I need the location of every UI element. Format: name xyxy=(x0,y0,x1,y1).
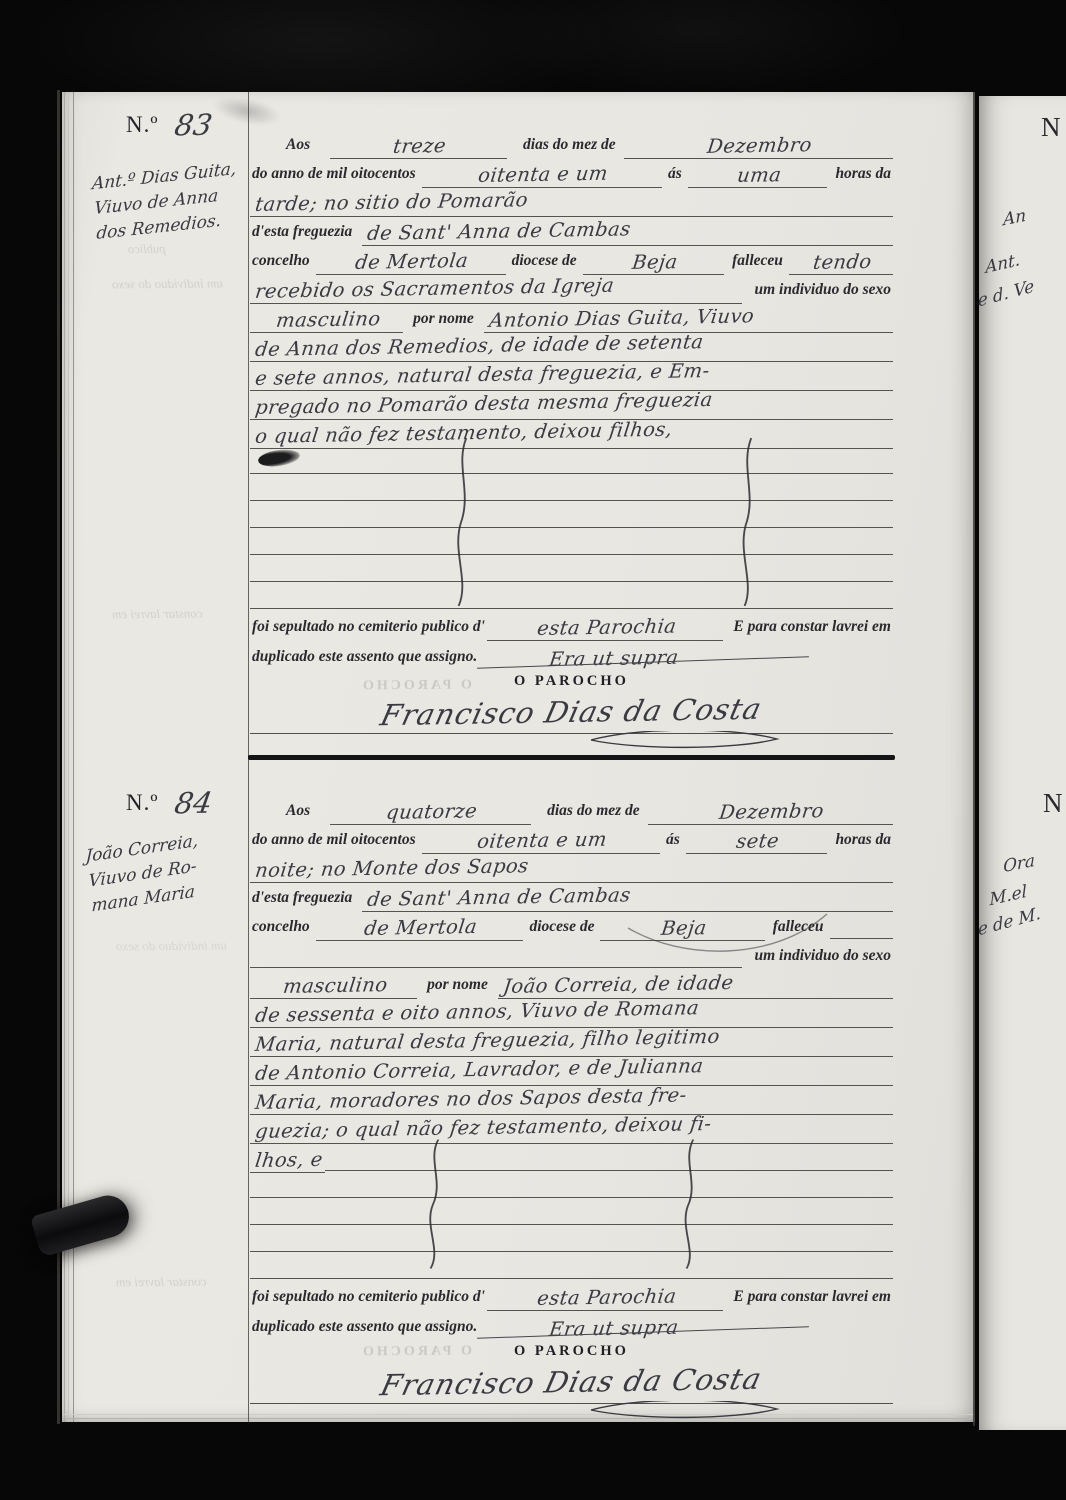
handwritten-text: oitenta e um xyxy=(473,164,613,187)
handwritten-entry: Era ut supra xyxy=(487,1320,738,1341)
record-body: Aostrezedias do mez deDezembrodo anno de… xyxy=(250,128,893,669)
handwritten-text: noite; no Monte dos Sapos xyxy=(250,856,534,881)
blank-rule xyxy=(250,550,893,555)
ruled-blank-line xyxy=(250,1198,893,1225)
margin-note-fragment: M.el xyxy=(987,882,1029,910)
printed-form-text: dias do mez de xyxy=(545,802,642,823)
printed-form-text: por nome xyxy=(425,976,490,997)
crossing-squiggle xyxy=(424,1138,446,1270)
printed-form-text: dias do mez de xyxy=(521,136,618,157)
handwritten-text: pregado no Pomarão desta mesma freguezia xyxy=(250,390,718,419)
record-separator xyxy=(248,755,895,760)
form-line: Aosquatorzedias do mez deDezembro xyxy=(250,794,893,823)
printed-form-text: horas da xyxy=(833,831,893,852)
form-line: concelhode Mertoladiocese deBejafalleceu… xyxy=(250,244,893,273)
handwritten-text: masculino xyxy=(278,975,393,997)
blank-rule xyxy=(250,577,893,582)
bleedthrough-text: O PAROCHO xyxy=(360,678,472,695)
handwritten-text: sete xyxy=(731,831,784,852)
form-line: guezia; o qual não fez testamento, deixo… xyxy=(250,1113,893,1142)
record-number-value: 83 xyxy=(175,108,212,142)
handwritten-text: lhos, e xyxy=(250,1150,328,1172)
parocho-label: O PAROCHO xyxy=(250,1343,893,1363)
record-number-label: N.º xyxy=(126,112,159,138)
handwritten-entry: oitenta e um xyxy=(422,832,660,854)
form-line: de Anna dos Remedios, de idade de setent… xyxy=(250,331,893,360)
handwritten-entry: de Mertola xyxy=(316,253,506,275)
form-line: recebido os Sacramentos da Igrejaum indi… xyxy=(250,273,893,302)
blank-rule xyxy=(250,496,893,501)
handwritten-text: Maria, natural desta freguezia, filho le… xyxy=(250,1027,725,1056)
printed-form-text: concelho xyxy=(250,252,312,273)
handwritten-text: masculino xyxy=(271,309,386,331)
form-line: e sete annos, natural desta freguezia, e… xyxy=(250,360,893,389)
form-line: Maria, natural desta freguezia, filho le… xyxy=(250,1026,893,1055)
blank-rule xyxy=(250,1193,893,1198)
printed-form-text: falleceu xyxy=(730,252,785,273)
handwritten-text: Maria, moradores no dos Sapos desta fre- xyxy=(250,1085,692,1113)
pen-flourish xyxy=(622,910,832,965)
form-line: foi sepultado no cemiterio publico d'est… xyxy=(250,1279,893,1309)
handwritten-text: Dezembro xyxy=(702,135,817,157)
handwritten-entry: de Sant' Anna de Cambas xyxy=(362,224,893,246)
printed-form-text: duplicado este assento que assigno. xyxy=(250,1318,479,1339)
handwritten-text: oitenta e um xyxy=(472,830,612,853)
blank-rule xyxy=(250,1220,893,1225)
form-line: d'esta fregueziade Sant' Anna de Cambas xyxy=(250,215,893,244)
record-number-value: 84 xyxy=(175,786,212,820)
crossing-squiggle xyxy=(680,1138,702,1270)
printed-form-text: E para constar lavrei em xyxy=(731,618,893,639)
printed-form-text: horas da xyxy=(833,165,893,186)
form-line: d'esta fregueziade Sant' Anna de Cambas xyxy=(250,881,893,910)
handwritten-entry: de Mertola xyxy=(316,919,524,941)
ruled-blank-line xyxy=(250,474,893,501)
priest-signature: Francisco Dias da Costa xyxy=(250,1365,893,1404)
bleedthrough-text: um individuo do sexo xyxy=(116,938,227,955)
margin-note: Ant.º Dias Guita, Viuvo de Anna dos Reme… xyxy=(91,157,255,245)
handwritten-entry: masculino xyxy=(250,311,403,333)
margin-note-fragment: Ant. xyxy=(983,251,1022,278)
handwritten-entry: Dezembro xyxy=(648,803,893,825)
page-edge xyxy=(62,1414,975,1415)
record-number-partial: N xyxy=(1043,788,1063,819)
handwritten-entry: masculino xyxy=(250,977,417,999)
handwritten-entry: treze xyxy=(330,137,507,159)
death-record-83: Aostrezedias do mez deDezembrodo anno de… xyxy=(250,128,893,734)
handwritten-text: recebido os Sacramentos da Igreja xyxy=(250,276,619,303)
printed-form-text: duplicado este assento que assigno. xyxy=(250,648,479,669)
handwritten-text: de Mertola xyxy=(350,251,473,274)
handwritten-text: Dezembro xyxy=(714,801,829,823)
form-line: do anno de mil oitocentosoitenta e umáss… xyxy=(250,823,893,852)
handwritten-entry: noite; no Monte dos Sapos xyxy=(250,861,893,883)
handwritten-entry: guezia; o qual não fez testamento, deixo… xyxy=(250,1122,893,1144)
handwritten-entry: Era ut supra xyxy=(487,650,738,671)
handwritten-entry: quatorze xyxy=(330,803,531,825)
handwritten-entry: Dezembro xyxy=(624,137,893,159)
record-number: N.º 83 xyxy=(126,112,211,142)
printed-form-text: um individuo do sexo xyxy=(752,281,893,302)
bleedthrough-text: constar lavrei em xyxy=(112,606,203,623)
record-body: Aosquatorzedias do mez deDezembrodo anno… xyxy=(250,794,893,1339)
priest-signature: Francisco Dias da Costa xyxy=(250,695,893,734)
printed-form-text: d'esta freguezia xyxy=(250,889,354,910)
margin-note-fragment: e de M. xyxy=(979,904,1043,939)
bleedthrough-text: publico xyxy=(128,242,166,257)
blank-rule xyxy=(250,1274,893,1279)
bleedthrough-text: constar lavrei em xyxy=(116,1274,207,1291)
handwritten-text: de Anna dos Remedios, de idade de setent… xyxy=(250,332,709,360)
handwritten-text: de sessenta e oito annos, Viuvo de Roman… xyxy=(250,998,704,1026)
printed-form-text: E para constar lavrei em xyxy=(731,1288,893,1309)
printed-form-text: diocese de xyxy=(510,252,579,273)
register-page: N.º 83 Ant.º Dias Guita, Viuvo de Anna d… xyxy=(62,92,975,1422)
handwritten-text: Antonio Dias Guita, Viuvo xyxy=(484,306,759,331)
handwritten-entry: pregado no Pomarão desta mesma freguezia xyxy=(250,398,893,420)
form-line: tarde; no sitio do Pomarão xyxy=(250,186,893,215)
ruled-blank-line xyxy=(250,501,893,528)
form-line: foi sepultado no cemiterio publico d'est… xyxy=(250,609,893,639)
signature-flourish xyxy=(583,1401,783,1419)
printed-form-text: d'esta freguezia xyxy=(250,223,354,244)
blank-rule xyxy=(250,1247,893,1252)
blank-rule xyxy=(250,523,893,528)
ruled-blank-line xyxy=(250,447,893,474)
handwritten-entry: de Antonio Correia, Lavrador, e de Julia… xyxy=(250,1064,893,1086)
handwritten-entry: esta Parochia xyxy=(487,619,723,641)
handwritten-entry: Maria, natural desta freguezia, filho le… xyxy=(250,1035,893,1057)
pencil-smudge xyxy=(210,91,284,131)
printed-form-text: Aos xyxy=(284,802,312,823)
handwritten-text: esta Parochia xyxy=(532,616,682,639)
handwritten-text: de Antonio Correia, Lavrador, e de Julia… xyxy=(250,1056,709,1084)
crossing-squiggle xyxy=(452,436,474,608)
ruled-blank-line xyxy=(250,582,893,609)
handwritten-text: de Sant' Anna de Cambas xyxy=(362,885,636,910)
margin-note: João Correia, Viuvo de Ro- mana Maria xyxy=(84,825,250,919)
death-record-84: Aosquatorzedias do mez deDezembrodo anno… xyxy=(250,794,893,1404)
parocho-label: O PAROCHO xyxy=(250,673,893,693)
handwritten-entry: uma xyxy=(688,166,828,188)
handwritten-entry: oitenta e um xyxy=(422,166,662,188)
handwritten-entry: sete xyxy=(686,832,828,854)
form-line: noite; no Monte dos Sapos xyxy=(250,852,893,881)
handwritten-entry: tarde; no sitio do Pomarão xyxy=(250,195,893,217)
handwritten-entry: e sete annos, natural desta freguezia, e… xyxy=(250,369,893,391)
blank-rule xyxy=(250,604,893,609)
margin-note-fragment: e d. Ve xyxy=(979,277,1036,310)
form-line: Maria, moradores no dos Sapos desta fre- xyxy=(250,1084,893,1113)
bleedthrough-text: um individuo do sexo xyxy=(112,276,223,293)
handwritten-text: João Correia, de idade xyxy=(498,973,739,998)
page-edge xyxy=(62,1418,975,1419)
book-gutter-fold xyxy=(973,92,975,1426)
handwritten-text: Beja xyxy=(627,252,683,273)
handwritten-text: guezia; o qual não fez testamento, deixo… xyxy=(250,1114,717,1143)
printed-form-text: diocese de xyxy=(527,918,596,939)
ruled-blank-line xyxy=(250,555,893,582)
printed-form-text: concelho xyxy=(250,918,312,939)
handwritten-entry: de sessenta e oito annos, Viuvo de Roman… xyxy=(250,1006,893,1028)
blank-rule xyxy=(325,1166,893,1171)
printed-form-text: do anno de mil oitocentos xyxy=(250,831,418,852)
handwritten-text: de Sant' Anna de Cambas xyxy=(362,219,636,244)
record-number-label: N.º xyxy=(126,790,159,816)
handwritten-text: Era ut supra xyxy=(544,1318,684,1341)
next-page-sliver: N An Ant. e d. Ve N Ora M.el e de M. xyxy=(979,96,1066,1430)
crossing-squiggle xyxy=(738,436,760,608)
form-line: masculinopor nomeJoão Correia, de idade xyxy=(250,968,893,997)
handwritten-entry: Maria, moradores no dos Sapos desta fre- xyxy=(250,1093,893,1115)
margin-note-fragment: Ora xyxy=(1002,851,1037,876)
handwritten-entry: de Sant' Anna de Cambas xyxy=(362,890,893,912)
form-line: pregado no Pomarão desta mesma freguezia xyxy=(250,389,893,418)
form-line: de sessenta e oito annos, Viuvo de Roman… xyxy=(250,997,893,1026)
form-line: duplicado este assento que assigno.Era u… xyxy=(250,639,893,669)
printed-form-text: do anno de mil oitocentos xyxy=(250,165,418,186)
blank-rule xyxy=(250,469,893,474)
handwritten-text: treze xyxy=(388,136,451,158)
handwritten-entry: o qual não fez testamento, deixou filhos… xyxy=(250,427,893,449)
handwritten-entry: tendo xyxy=(789,253,893,275)
margin-note-fragment: An xyxy=(1001,206,1027,230)
handwritten-text: de Mertola xyxy=(359,917,482,940)
ruled-blank-line xyxy=(250,1171,893,1198)
handwritten-entry: Beja xyxy=(583,253,725,275)
ruled-blank-line xyxy=(250,528,893,555)
handwritten-text: e sete annos, natural desta freguezia, e… xyxy=(250,361,715,390)
printed-form-text: ás xyxy=(666,165,684,186)
form-line: duplicado este assento que assigno.Era u… xyxy=(250,1309,893,1339)
handwritten-text: quatorze xyxy=(381,801,482,823)
printed-form-text: Aos xyxy=(284,136,312,157)
handwritten-text: tendo xyxy=(808,252,877,274)
form-line: Aostrezedias do mez deDezembro xyxy=(250,128,893,157)
form-line: lhos, e xyxy=(250,1142,893,1171)
handwritten-entry: de Anna dos Remedios, de idade de setent… xyxy=(250,340,893,362)
handwritten-entry: recebido os Sacramentos da Igreja xyxy=(250,282,742,304)
record-number-partial: N xyxy=(1041,112,1061,143)
ruled-blank-line xyxy=(250,1252,893,1279)
form-line: do anno de mil oitocentosoitenta e umásu… xyxy=(250,157,893,186)
handwritten-text: tarde; no sitio do Pomarão xyxy=(250,190,533,215)
handwritten-text: esta Parochia xyxy=(532,1286,682,1309)
printed-form-text: ás xyxy=(664,831,682,852)
handwritten-text: uma xyxy=(732,165,787,186)
handwritten-text: Era ut supra xyxy=(544,648,684,671)
printed-form-text: foi sepultado no cemiterio publico d' xyxy=(250,1288,487,1309)
form-line: o qual não fez testamento, deixou filhos… xyxy=(250,418,893,447)
form-line: de Antonio Correia, Lavrador, e de Julia… xyxy=(250,1055,893,1084)
blank-rule xyxy=(830,934,893,939)
form-line: masculinopor nomeAntonio Dias Guita, Viu… xyxy=(250,302,893,331)
handwritten-entry: lhos, e xyxy=(250,1151,325,1173)
bleedthrough-text: O PAROCHO xyxy=(360,1344,472,1361)
printed-form-text: foi sepultado no cemiterio publico d' xyxy=(250,618,487,639)
record-number: N.º 84 xyxy=(126,790,211,820)
signature-flourish xyxy=(583,731,783,749)
printed-form-text: por nome xyxy=(411,310,476,331)
handwritten-entry: esta Parochia xyxy=(487,1289,723,1311)
ruled-blank-line xyxy=(250,1225,893,1252)
